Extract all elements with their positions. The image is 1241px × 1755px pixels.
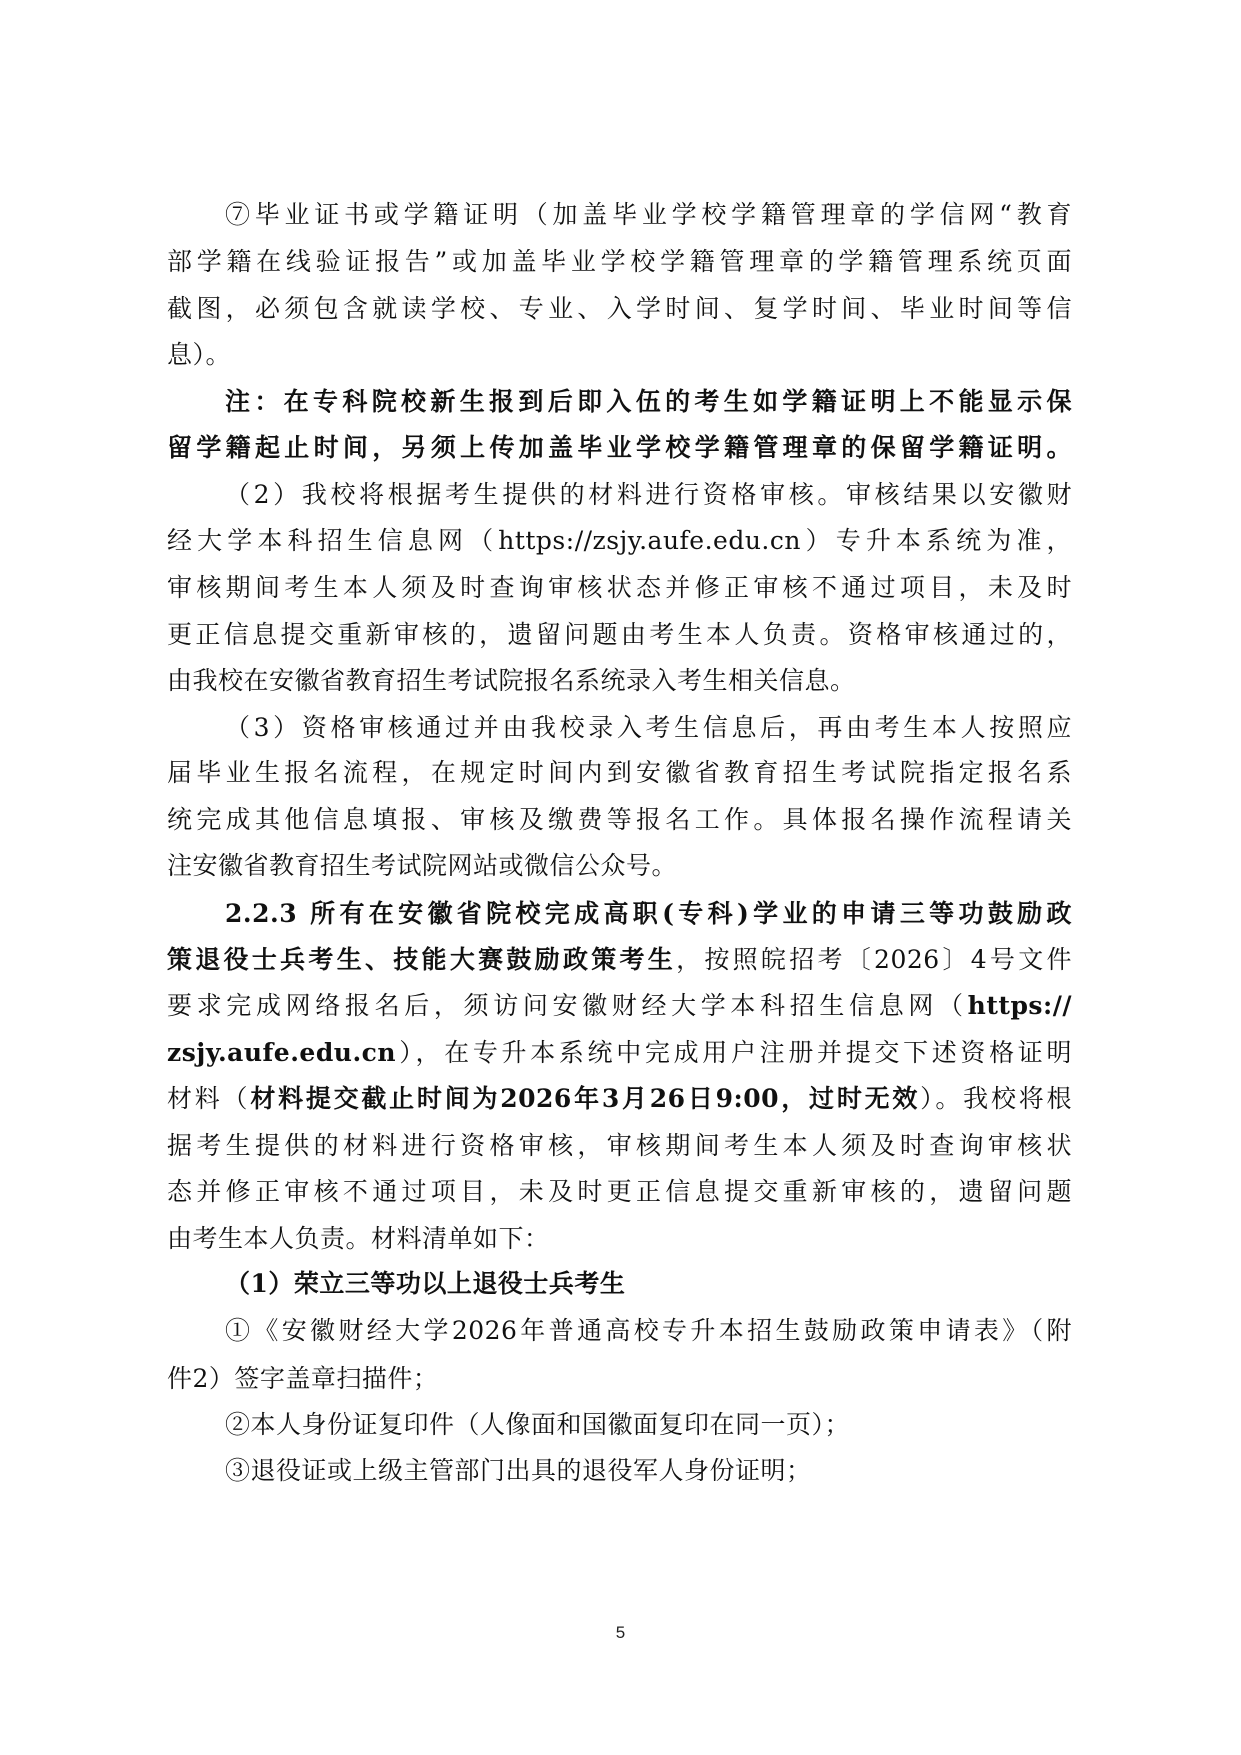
list-item: ①《安徽财经大学2026年普通高校专升本招生鼓励政策申请表》（附 [225, 1311, 1072, 1351]
normal-text: ，按照皖招考〔2026〕4号文件 [676, 945, 1072, 974]
bold-text: 策退役士兵考生、技能大赛鼓励政策考生 [167, 945, 676, 974]
list-item: ③退役证或上级主管部门出具的退役军人身份证明； [225, 1451, 1072, 1491]
section-223-line: 要求完成网络报名后，须访问安徽财经大学本科招生信息网（https:// [167, 986, 1072, 1026]
url-text: zsjy.aufe.edu.cn [167, 1038, 396, 1067]
normal-text: ）。我校将根 [920, 1084, 1072, 1113]
section-heading-223: 2.2.3 所有在安徽省院校完成高职(专科)学业的申请三等功鼓励政 [225, 894, 1072, 934]
normal-text: 要求完成网络报名后，须访问安徽财经大学本科招生信息网（ [167, 991, 968, 1020]
doc-line: 注安徽省教育招生考试院网站或微信公众号。 [167, 846, 1072, 886]
section-223-line: 态并修正审核不通过项目，未及时更正信息提交重新审核的，遗留问题 [167, 1172, 1072, 1212]
doc-line: 届毕业生报名流程，在规定时间内到安徽省教育招生考试院指定报名系 [167, 753, 1072, 793]
section-223-line: 策退役士兵考生、技能大赛鼓励政策考生，按照皖招考〔2026〕4号文件 [167, 940, 1072, 980]
section-223-line: 材料（材料提交截止时间为2026年3月26日9:00，过时无效）。我校将根 [167, 1079, 1072, 1119]
doc-line: 截图，必须包含就读学校、专业、入学时间、复学时间、毕业时间等信 [167, 289, 1072, 329]
subsection-heading: （1）荣立三等功以上退役士兵考生 [225, 1264, 1072, 1304]
document-page: ⑦毕业证书或学籍证明（加盖毕业学校学籍管理章的学信网“教育 部学籍在线验证报告”… [0, 0, 1241, 1755]
doc-line: （2）我校将根据考生提供的材料进行资格审核。审核结果以安徽财 [225, 475, 1072, 515]
doc-line: 统完成其他信息填报、审核及缴费等报名工作。具体报名操作流程请关 [167, 800, 1072, 840]
list-item: ②本人身份证复印件（人像面和国徽面复印在同一页）； [225, 1405, 1072, 1445]
doc-line: 息）。 [167, 335, 1072, 375]
doc-line: （3）资格审核通过并由我校录入考生信息后，再由考生本人按照应 [225, 708, 1072, 748]
normal-text: ），在专升本系统中完成用户注册并提交下述资格证明 [396, 1038, 1072, 1067]
doc-line: 更正信息提交重新审核的，遗留问题由考生本人负责。资格审核通过的， [167, 615, 1072, 655]
normal-text: 材料（ [167, 1084, 250, 1113]
section-223-line: zsjy.aufe.edu.cn），在专升本系统中完成用户注册并提交下述资格证明 [167, 1033, 1072, 1073]
doc-line: ⑦毕业证书或学籍证明（加盖毕业学校学籍管理章的学信网“教育 [225, 195, 1072, 235]
url-text: https:// [968, 991, 1072, 1020]
list-item-continued: 件2）签字盖章扫描件； [167, 1359, 1072, 1399]
section-223-line: 由考生本人负责。材料清单如下： [167, 1219, 1072, 1259]
page-number: 5 [0, 1623, 1241, 1643]
doc-line: 审核期间考生本人须及时查询审核状态并修正审核不通过项目，未及时 [167, 568, 1072, 608]
doc-line: 部学籍在线验证报告”或加盖毕业学校学籍管理章的学籍管理系统页面 [167, 242, 1072, 282]
note-line: 注：在专科院校新生报到后即入伍的考生如学籍证明上不能显示保 [225, 382, 1072, 422]
doc-line-with-link: 经大学本科招生信息网（https://zsjy.aufe.edu.cn）专升本系… [167, 521, 1072, 561]
deadline-text: 材料提交截止时间为2026年3月26日9:00，过时无效 [250, 1084, 920, 1113]
note-line: 留学籍起止时间，另须上传加盖毕业学校学籍管理章的保留学籍证明。 [167, 428, 1072, 468]
section-223-line: 据考生提供的材料进行资格审核，审核期间考生本人须及时查询审核状 [167, 1126, 1072, 1166]
doc-line: 由我校在安徽省教育招生考试院报名系统录入考生相关信息。 [167, 661, 1072, 701]
